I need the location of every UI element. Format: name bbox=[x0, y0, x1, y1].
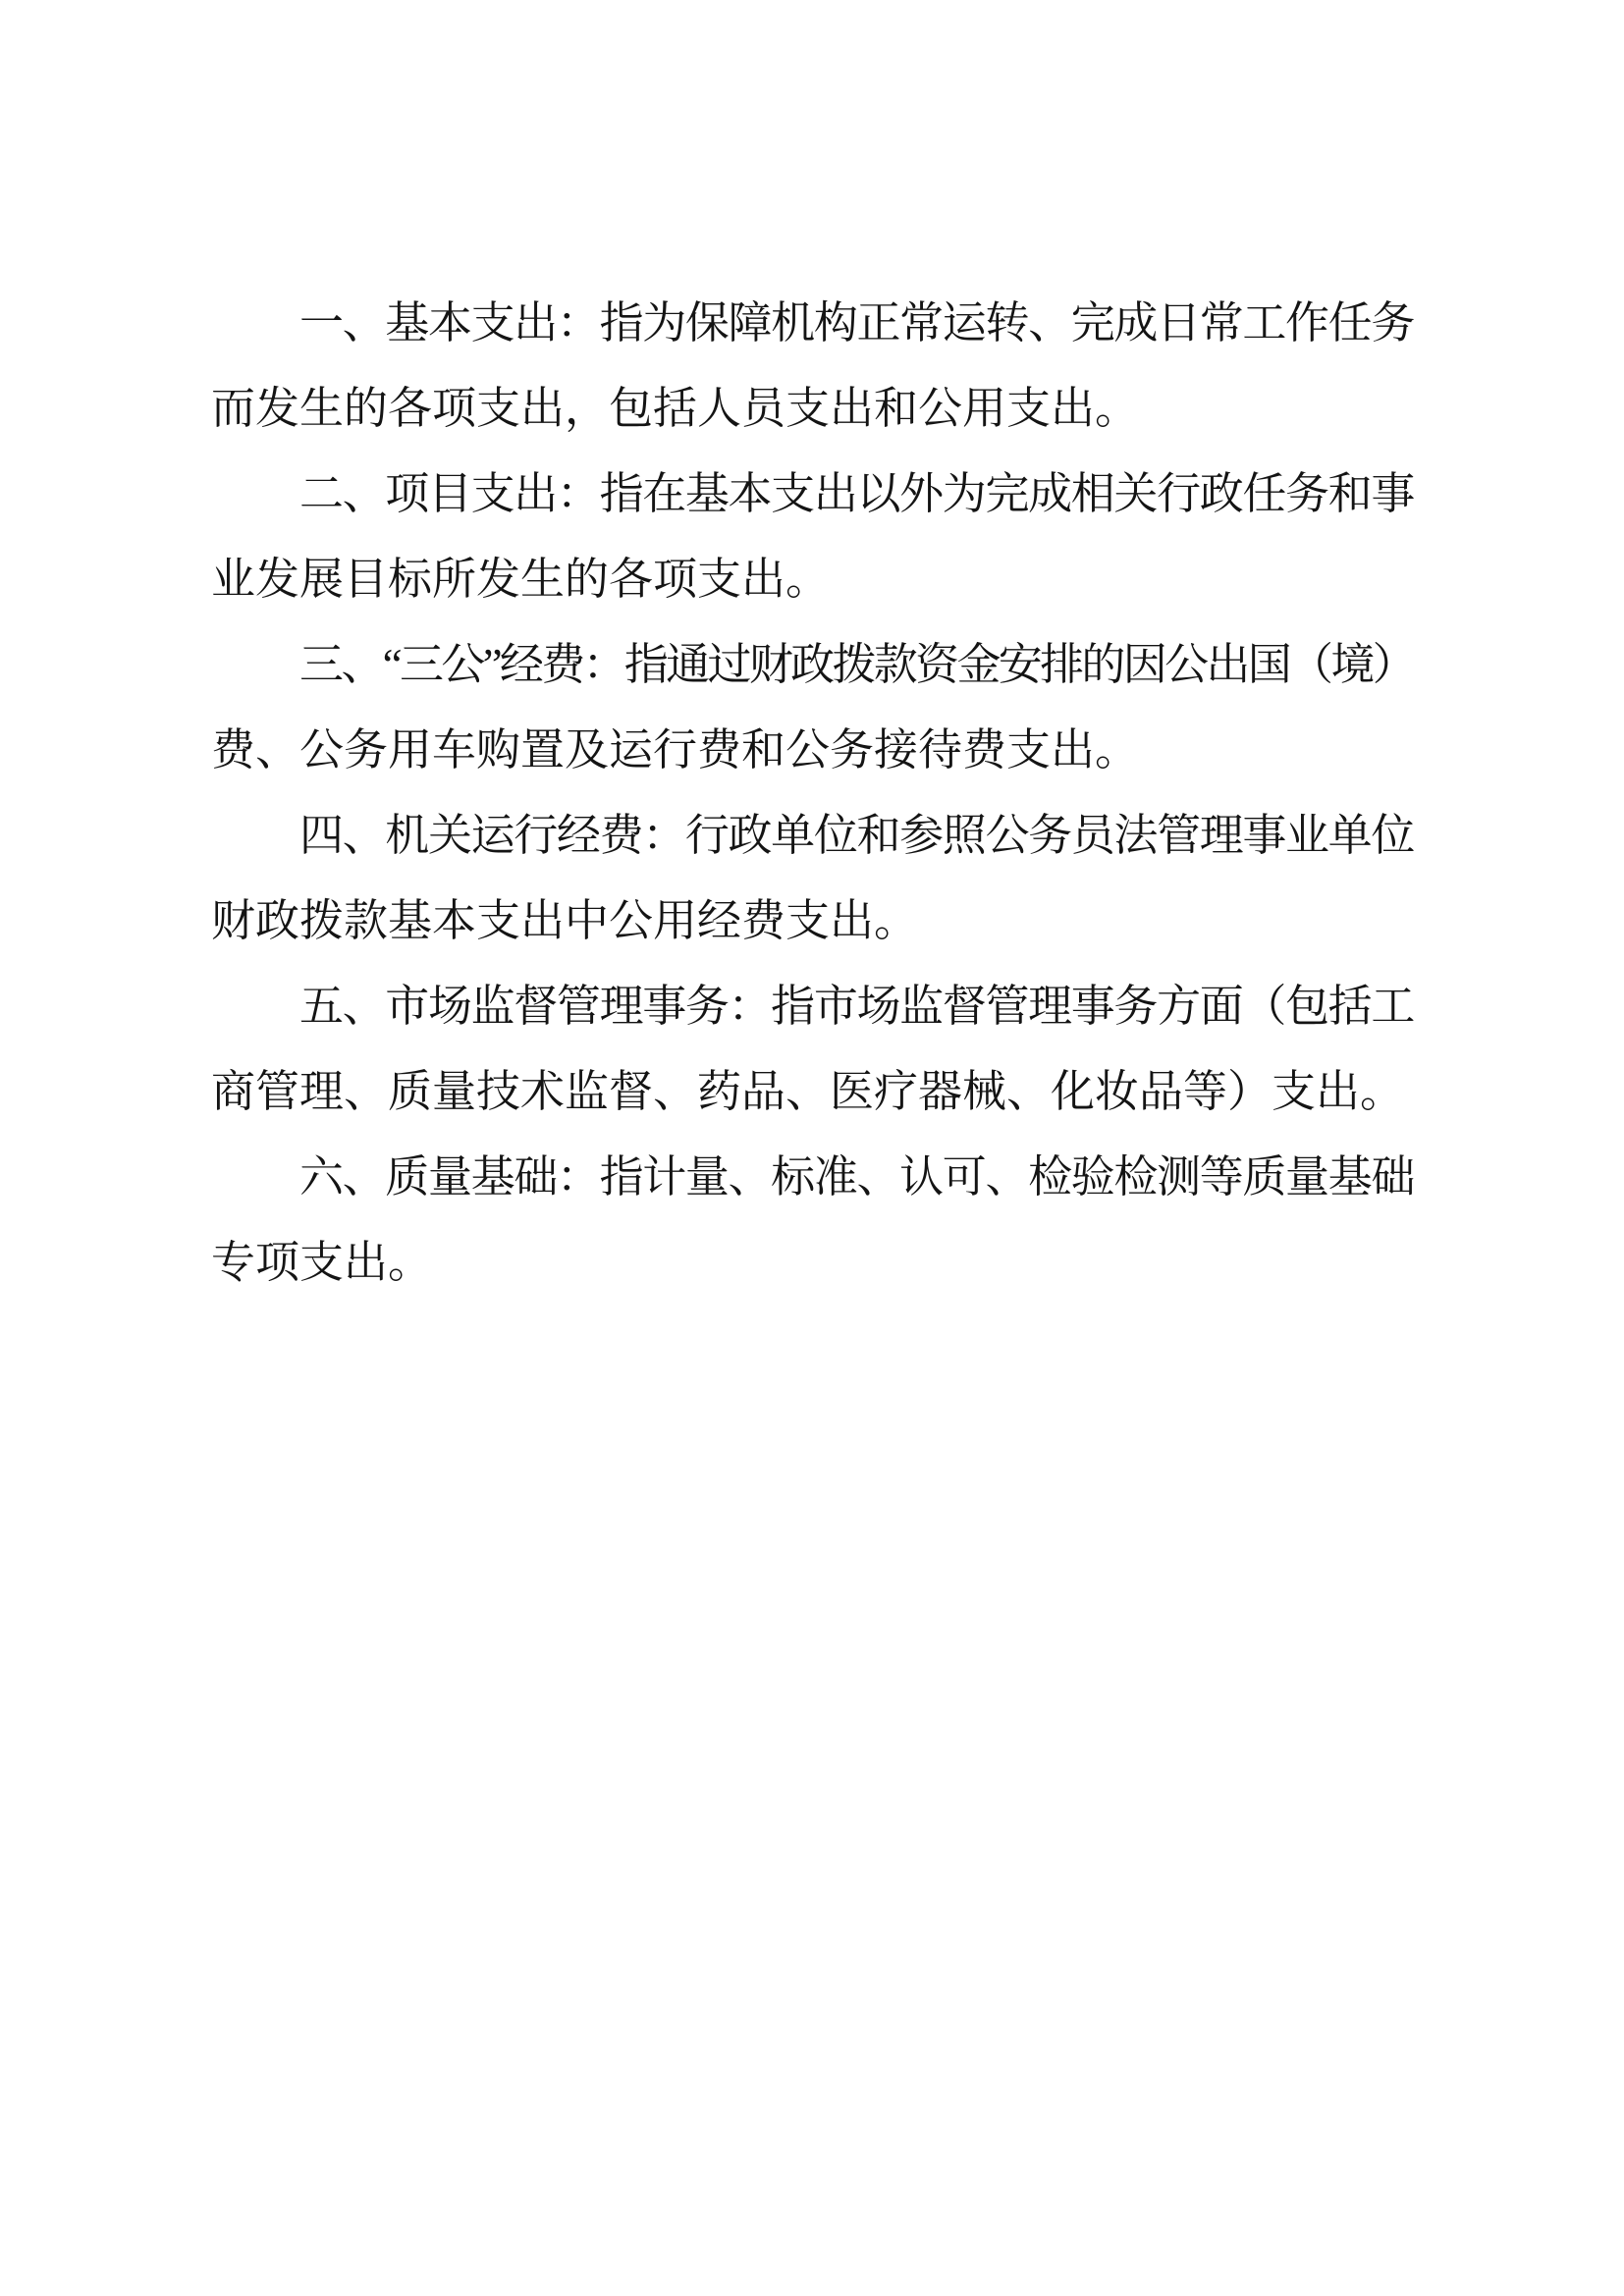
paragraph: 三、“三公”经费：指通过财政拨款资金安排的因公出国（境）费、公务用车购置及运行费… bbox=[211, 622, 1414, 793]
text-line: 业发展目标所发生的各项支出。 bbox=[211, 537, 1414, 622]
text-line: 四、机关运行经费：行政单位和参照公务员法管理事业单位 bbox=[211, 793, 1414, 879]
text-line-content: 业发展目标所发生的各项支出。 bbox=[211, 537, 830, 622]
text-line-content: 三、“三公”经费：指通过财政拨款资金安排的因公出国（境） bbox=[299, 622, 1414, 708]
text-line: 费、公务用车购置及运行费和公务接待费支出。 bbox=[211, 708, 1414, 793]
paragraph: 二、项目支出：指在基本支出以外为完成相关行政任务和事业发展目标所发生的各项支出。 bbox=[211, 452, 1414, 622]
text-line-content: 财政拨款基本支出中公用经费支出。 bbox=[211, 879, 918, 964]
paragraph: 一、基本支出：指为保障机构正常运转、完成日常工作任务而发生的各项支出，包括人员支… bbox=[211, 281, 1414, 452]
text-line-content: 五、市场监督管理事务：指市场监督管理事务方面（包括工 bbox=[299, 964, 1414, 1049]
text-line: 三、“三公”经费：指通过财政拨款资金安排的因公出国（境） bbox=[211, 622, 1414, 708]
text-line-content: 二、项目支出：指在基本支出以外为完成相关行政任务和事 bbox=[299, 452, 1414, 537]
text-line-content: 费、公务用车购置及运行费和公务接待费支出。 bbox=[211, 708, 1139, 793]
paragraph: 五、市场监督管理事务：指市场监督管理事务方面（包括工商管理、质量技术监督、药品、… bbox=[211, 964, 1414, 1135]
document-body: 一、基本支出：指为保障机构正常运转、完成日常工作任务而发生的各项支出，包括人员支… bbox=[211, 281, 1414, 1306]
text-line-content: 一、基本支出：指为保障机构正常运转、完成日常工作任务 bbox=[299, 281, 1414, 366]
text-line: 专项支出。 bbox=[211, 1220, 1414, 1306]
page: 一、基本支出：指为保障机构正常运转、完成日常工作任务而发生的各项支出，包括人员支… bbox=[0, 0, 1624, 2296]
text-line-content: 六、质量基础：指计量、标准、认可、检验检测等质量基础 bbox=[299, 1135, 1414, 1220]
text-line: 六、质量基础：指计量、标准、认可、检验检测等质量基础 bbox=[211, 1135, 1414, 1220]
text-line-content: 商管理、质量技术监督、药品、医疗器械、化妆品等）支出。 bbox=[211, 1049, 1404, 1135]
text-line: 五、市场监督管理事务：指市场监督管理事务方面（包括工 bbox=[211, 964, 1414, 1049]
paragraph: 四、机关运行经费：行政单位和参照公务员法管理事业单位财政拨款基本支出中公用经费支… bbox=[211, 793, 1414, 964]
text-line: 商管理、质量技术监督、药品、医疗器械、化妆品等）支出。 bbox=[211, 1049, 1414, 1135]
text-line-content: 四、机关运行经费：行政单位和参照公务员法管理事业单位 bbox=[299, 793, 1414, 879]
text-line: 二、项目支出：指在基本支出以外为完成相关行政任务和事 bbox=[211, 452, 1414, 537]
text-line: 财政拨款基本支出中公用经费支出。 bbox=[211, 879, 1414, 964]
paragraph: 六、质量基础：指计量、标准、认可、检验检测等质量基础专项支出。 bbox=[211, 1135, 1414, 1306]
text-line: 而发生的各项支出，包括人员支出和公用支出。 bbox=[211, 366, 1414, 452]
text-line-content: 专项支出。 bbox=[211, 1220, 432, 1306]
text-line-content: 而发生的各项支出，包括人员支出和公用支出。 bbox=[211, 366, 1139, 452]
text-line: 一、基本支出：指为保障机构正常运转、完成日常工作任务 bbox=[211, 281, 1414, 366]
